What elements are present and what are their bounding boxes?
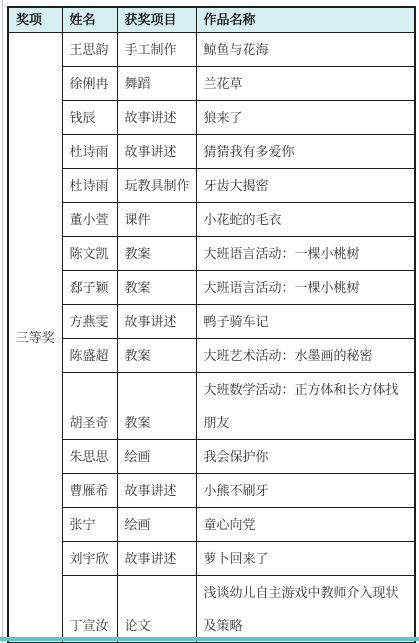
table-row: 三等奖 王思韵 手工制作 鲸鱼与花海 <box>8 33 415 67</box>
cell-project: 故事讲述 <box>117 305 196 339</box>
column-header-name: 姓名 <box>62 7 117 33</box>
cell-project: 教案 <box>117 271 196 305</box>
column-header-work: 作品名称 <box>196 7 415 33</box>
cell-project: 舞蹈 <box>117 67 196 101</box>
page-edge-line <box>2 0 3 643</box>
cell-name: 张宁 <box>62 508 117 542</box>
header-row: 奖项 姓名 获奖项目 作品名称 <box>8 7 415 33</box>
cell-work: 大班数学活动：正方体和长方体找朋友 <box>196 373 415 440</box>
cell-work: 萝卜回来了 <box>196 542 415 576</box>
award-group-cell: 三等奖 <box>8 33 62 643</box>
column-header-award: 奖项 <box>8 7 62 33</box>
cell-name: 郄子颖 <box>62 271 117 305</box>
cell-name: 朱思思 <box>62 440 117 474</box>
table-row: 徐俐冉 舞蹈 兰花草 <box>8 67 415 101</box>
table-row: 胡圣奇 教案 大班数学活动：正方体和长方体找朋友 <box>8 373 415 440</box>
cell-name: 陈文凯 <box>62 237 117 271</box>
cell-project: 故事讲述 <box>117 101 196 135</box>
awards-table: 奖项 姓名 获奖项目 作品名称 三等奖 王思韵 手工制作 鲸鱼与花海 徐俐冉 舞… <box>7 6 416 643</box>
cell-name: 刘宇欣 <box>62 542 117 576</box>
cell-name: 杜诗雨 <box>62 135 117 169</box>
cell-work: 大班艺术活动：水墨画的秘密 <box>196 339 415 373</box>
table-row: 陈盛超 教案 大班艺术活动：水墨画的秘密 <box>8 339 415 373</box>
cell-name: 丁宣汝 <box>62 576 117 643</box>
cell-project: 论文 <box>117 576 196 643</box>
table-row: 杜诗雨 玩教具制作 牙齿大揭密 <box>8 169 415 203</box>
cell-work: 小花蛇的毛衣 <box>196 203 415 237</box>
cell-work: 大班语言活动：一棵小桃树 <box>196 271 415 305</box>
cell-project: 绘画 <box>117 440 196 474</box>
cell-work: 小熊不刷牙 <box>196 474 415 508</box>
table-row: 张宁 绘画 童心向党 <box>8 508 415 542</box>
table-row: 方燕雯 故事讲述 鸭子骑车记 <box>8 305 415 339</box>
table-row: 刘宇欣 故事讲述 萝卜回来了 <box>8 542 415 576</box>
cell-name: 曹雁希 <box>62 474 117 508</box>
cell-work: 鸭子骑车记 <box>196 305 415 339</box>
table-row: 朱思思 绘画 我会保护你 <box>8 440 415 474</box>
table-row: 丁宣汝 论文 浅谈幼儿自主游戏中教师介入现状及策略 <box>8 576 415 643</box>
column-header-project: 获奖项目 <box>117 7 196 33</box>
cell-name: 陈盛超 <box>62 339 117 373</box>
table-row: 钱辰 故事讲述 狼来了 <box>8 101 415 135</box>
cell-name: 董小萱 <box>62 203 117 237</box>
cell-project: 玩教具制作 <box>117 169 196 203</box>
cell-work: 牙齿大揭密 <box>196 169 415 203</box>
cell-work: 浅谈幼儿自主游戏中教师介入现状及策略 <box>196 576 415 643</box>
cell-work: 猜猜我有多爱你 <box>196 135 415 169</box>
cell-project: 绘画 <box>117 508 196 542</box>
cell-project: 课件 <box>117 203 196 237</box>
cell-project: 教案 <box>117 373 196 440</box>
cell-project: 故事讲述 <box>117 474 196 508</box>
cell-work: 兰花草 <box>196 67 415 101</box>
table-row: 郄子颖 教案 大班语言活动：一棵小桃树 <box>8 271 415 305</box>
cell-work: 童心向党 <box>196 508 415 542</box>
cell-name: 徐俐冉 <box>62 67 117 101</box>
cell-name: 钱辰 <box>62 101 117 135</box>
cell-name: 杜诗雨 <box>62 169 117 203</box>
cell-work: 我会保护你 <box>196 440 415 474</box>
cell-work: 鲸鱼与花海 <box>196 33 415 67</box>
bottom-accent-strip <box>0 637 419 641</box>
table-row: 杜诗雨 故事讲述 猜猜我有多爱你 <box>8 135 415 169</box>
cell-work: 大班语言活动：一棵小桃树 <box>196 237 415 271</box>
table-row: 曹雁希 故事讲述 小熊不刷牙 <box>8 474 415 508</box>
cell-work: 狼来了 <box>196 101 415 135</box>
cell-project: 教案 <box>117 339 196 373</box>
cell-name: 王思韵 <box>62 33 117 67</box>
cell-name: 方燕雯 <box>62 305 117 339</box>
table-row: 陈文凯 教案 大班语言活动：一棵小桃树 <box>8 237 415 271</box>
cell-project: 教案 <box>117 237 196 271</box>
cell-name: 胡圣奇 <box>62 373 117 440</box>
table-row: 董小萱 课件 小花蛇的毛衣 <box>8 203 415 237</box>
cell-project: 故事讲述 <box>117 542 196 576</box>
cell-project: 手工制作 <box>117 33 196 67</box>
cell-project: 故事讲述 <box>117 135 196 169</box>
